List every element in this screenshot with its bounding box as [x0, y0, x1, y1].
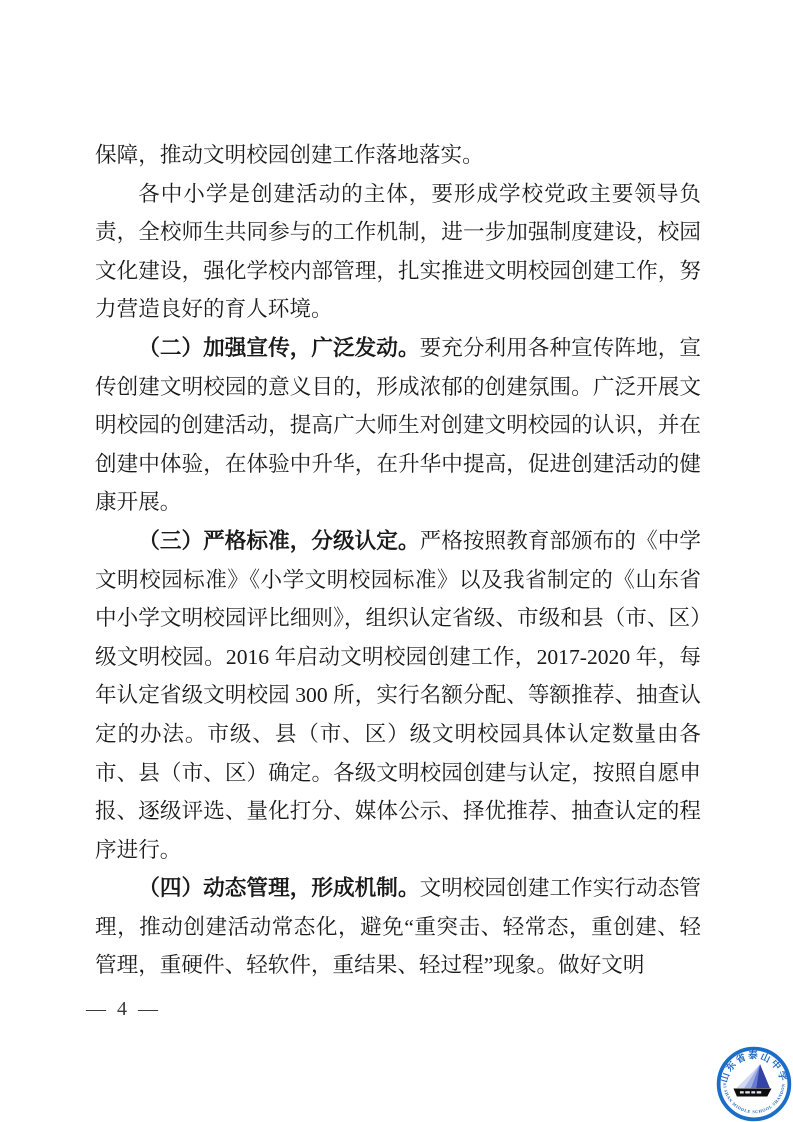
paragraph: 各中小学是创建活动的主体，要形成学校党政主要领导负责，全校师生共同参与的工作机制…: [95, 175, 701, 329]
text-run: 严格按照教育部颁布的《中学文明校园标准》《小学文明校园标准》以及我省制定的《山东…: [95, 529, 701, 862]
paragraph: （三）严格标准，分级认定。严格按照教育部颁布的《中学文明校园标准》《小学文明校园…: [95, 522, 701, 869]
section-lead: （四）动态管理，形成机制。: [138, 876, 419, 900]
school-badge-icon: 山东省泰山中学 TAI SHAN MIDDLE SCHOOL SHANDONG: [716, 1046, 792, 1122]
school-badge: 山东省泰山中学 TAI SHAN MIDDLE SCHOOL SHANDONG: [716, 1046, 792, 1122]
paragraph: （二）加强宣传，广泛发动。要充分利用各种宣传阵地，宣传创建文明校园的意义目的，形…: [95, 329, 701, 522]
badge-base-icon: [733, 1089, 771, 1097]
text-run: 各中小学是创建活动的主体，要形成学校党政主要领导负责，全校师生共同参与的工作机制…: [95, 182, 701, 322]
text-run: 要充分利用各种宣传阵地，宣传创建文明校园的意义目的，形成浓郁的创建氛围。广泛开展…: [95, 336, 701, 514]
section-lead: （二）加强宣传，广泛发动。: [138, 336, 419, 360]
page-number: — 4 —: [86, 998, 161, 1021]
section-lead: （三）严格标准，分级认定。: [138, 529, 419, 553]
paragraph: （四）动态管理，形成机制。文明校园创建工作实行动态管理，推动创建活动常态化，避免…: [95, 869, 701, 985]
document-body: 保障，推动文明校园创建工作落地落实。各中小学是创建活动的主体，要形成学校党政主要…: [95, 136, 701, 985]
text-run: 保障，推动文明校园创建工作落地落实。: [95, 143, 484, 167]
document-page: 保障，推动文明校园创建工作落地落实。各中小学是创建活动的主体，要形成学校党政主要…: [0, 0, 793, 1122]
paragraph: 保障，推动文明校园创建工作落地落实。: [95, 136, 701, 175]
